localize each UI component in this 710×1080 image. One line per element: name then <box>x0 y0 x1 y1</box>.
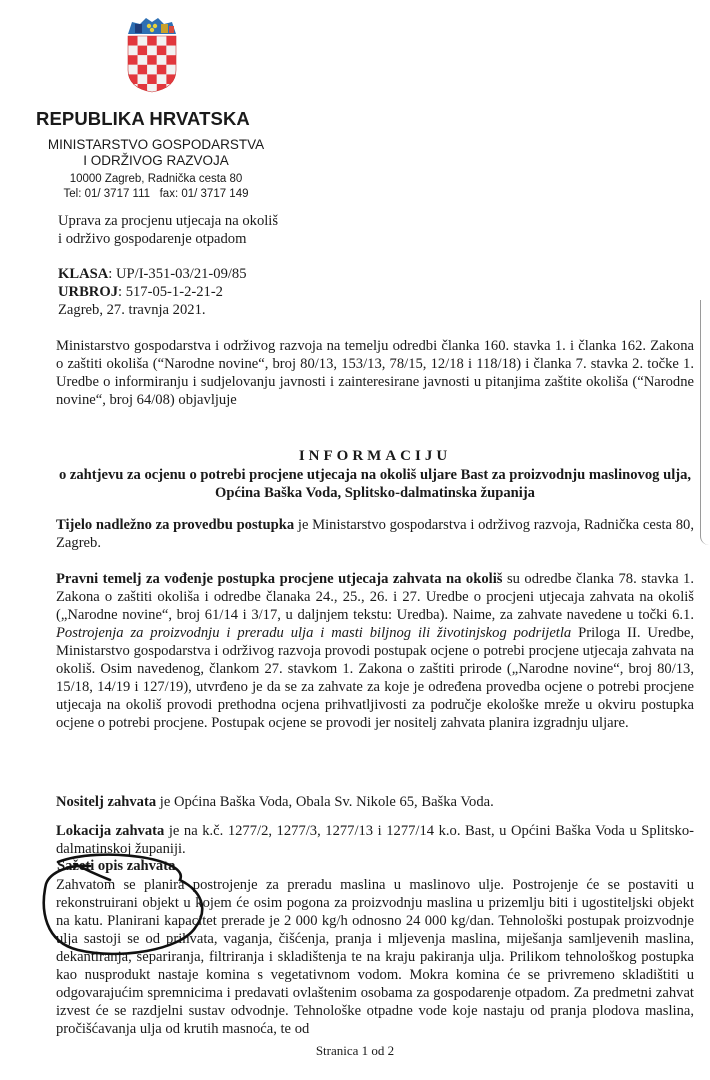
legal-basis-label: Pravni temelj za vođenje postupka procje… <box>56 571 502 587</box>
klasa: KLASA: UP/I-351-03/21-09/85 <box>58 265 247 283</box>
legal-basis-italic: Postrojenja za proizvodnju i preradu ulj… <box>56 625 571 641</box>
department-line-2: i održivo gospodarenje otpadom <box>58 230 278 248</box>
holder-label: Nositelj zahvata <box>56 794 156 810</box>
location-label: Lokacija zahvata <box>56 823 164 839</box>
coat-of-arms-icon <box>124 14 180 94</box>
intro-paragraph: Ministarstvo gospodarstva i održivog raz… <box>56 337 694 409</box>
document-heading: INFORMACIJU <box>56 448 694 465</box>
authority-paragraph: Tijelo nadležno za provedbu postupka je … <box>56 516 694 552</box>
page-number: Stranica 1 od 2 <box>0 1043 710 1059</box>
summary-title: Sažeti opis zahvata <box>57 858 175 875</box>
ministry-line-2: I ODRŽIVOG RAZVOJA <box>40 153 272 169</box>
klasa-value: : UP/I-351-03/21-09/85 <box>108 266 246 282</box>
summary-paragraph: Zahvatom se planira postrojenje za prera… <box>56 876 694 1038</box>
document-date: Zagreb, 27. travnja 2021. <box>58 301 247 319</box>
address-line: 10000 Zagreb, Radnička cesta 80 <box>40 172 272 187</box>
document-page: REPUBLIKA HRVATSKA MINISTARSTVO GOSPODAR… <box>0 0 710 1080</box>
letterhead-country: REPUBLIKA HRVATSKA <box>36 108 276 130</box>
letterhead-ministry: MINISTARSTVO GOSPODARSTVA I ODRŽIVOG RAZ… <box>40 137 272 169</box>
document-subheading: o zahtjevu za ocjenu o potrebi procjene … <box>56 466 694 502</box>
klasa-label: KLASA <box>58 266 108 282</box>
holder-paragraph: Nositelj zahvata je Općina Baška Voda, O… <box>56 793 694 811</box>
department: Uprava za procjenu utjecaja na okoliš i … <box>58 212 278 248</box>
urbroj-label: URBROJ <box>58 284 118 300</box>
paper-edge <box>700 300 709 545</box>
phone-fax-line: Tel: 01/ 3717 111 fax: 01/ 3717 149 <box>40 187 272 202</box>
urbroj-value: : 517-05-1-2-21-2 <box>118 284 223 300</box>
authority-label: Tijelo nadležno za provedbu postupka <box>56 517 294 533</box>
legal-basis-paragraph: Pravni temelj za vođenje postupka procje… <box>56 570 694 732</box>
document-meta: KLASA: UP/I-351-03/21-09/85 URBROJ: 517-… <box>58 265 247 319</box>
location-paragraph: Lokacija zahvata je na k.č. 1277/2, 1277… <box>56 822 694 858</box>
urbroj: URBROJ: 517-05-1-2-21-2 <box>58 283 247 301</box>
ministry-line-1: MINISTARSTVO GOSPODARSTVA <box>40 137 272 153</box>
holder-text: je Općina Baška Voda, Obala Sv. Nikole 6… <box>156 794 494 810</box>
department-line-1: Uprava za procjenu utjecaja na okoliš <box>58 212 278 230</box>
letterhead-address: 10000 Zagreb, Radnička cesta 80 Tel: 01/… <box>40 172 272 202</box>
